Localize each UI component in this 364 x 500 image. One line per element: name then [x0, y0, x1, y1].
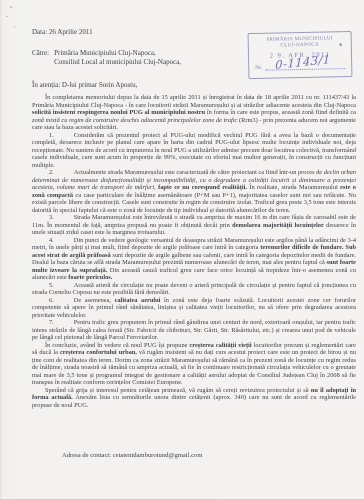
letter-body: În completarea memoriului depus la data … — [32, 94, 356, 409]
registration-stamp: PRIMĂRIA MUNICIPIULUI CLUJ-NAPOCA ✱ 2 9.… — [248, 31, 353, 79]
scanned-letter-page: Data: 26 Aprilie 2011 Către: Primăria Mu… — [0, 0, 364, 500]
stamp-org-line2: CLUJ-NAPOCA ✱ — [249, 42, 351, 50]
recipient-line: Consiliul Local al municipiului Cluj-Nap… — [54, 58, 181, 67]
stamp-star-icon: ✱ — [339, 42, 343, 48]
paragraph: 1.Considerăm că prezentul proiect al PUG… — [32, 132, 356, 170]
paragraph: 7.Pentru trafic greu propunem în primul … — [32, 319, 356, 342]
scan-speck — [14, 26, 15, 28]
attention-line: În atenția: D-lui primar Sorin Apostu, — [32, 81, 181, 90]
recipient-block: Către: Primăria Municipiului Cluj-Napoca… — [32, 49, 181, 67]
scan-speck — [10, 6, 12, 8]
contact-line: Adresa de contact: cetatenidamburotund@g… — [62, 452, 202, 459]
paragraph-number: 6. — [45, 297, 74, 304]
recipient-line: Primăria Municipiului Cluj-Napoca, — [54, 49, 181, 58]
paragraph-number: 5. — [45, 282, 74, 289]
paragraph-number: 4. — [45, 237, 74, 244]
paragraph-number: 1. — [45, 132, 74, 139]
paragraph-number: 3. — [45, 214, 74, 221]
letter-header: Data: 26 Aprilie 2011 Către: Primăria Mu… — [32, 28, 181, 90]
paragraph: Sperând că grija și interesul pentru cet… — [32, 387, 356, 410]
paragraph: În completarea memoriului depus la data … — [32, 94, 356, 132]
paragraph: 5.Această arteră de circulație nu poate … — [32, 282, 356, 297]
paragraph: 6.De asemenea, calitatea aerului în zonă… — [32, 297, 356, 320]
paragraph-number: 2. — [45, 169, 74, 176]
recipient-label: Către: — [32, 49, 49, 67]
recipient-lines: Primăria Municipiului Cluj-Napoca, Consi… — [54, 49, 181, 67]
paragraph: 3.Strada Maramureșului este întrevăzută … — [32, 214, 356, 237]
paragraph-number: 7. — [45, 319, 74, 326]
paragraph: 4.Din punct de vedere geologic versantul… — [32, 237, 356, 282]
paragraph: 2.Actualmente strada Maramureșului este … — [32, 169, 356, 214]
letter-date: Data: 26 Aprilie 2011 — [32, 28, 181, 37]
stamp-nr-label: Nr. — [255, 65, 262, 71]
paragraph: În concluzie, având în vedere că noul PU… — [32, 342, 356, 387]
scan-speck — [6, 16, 8, 17]
